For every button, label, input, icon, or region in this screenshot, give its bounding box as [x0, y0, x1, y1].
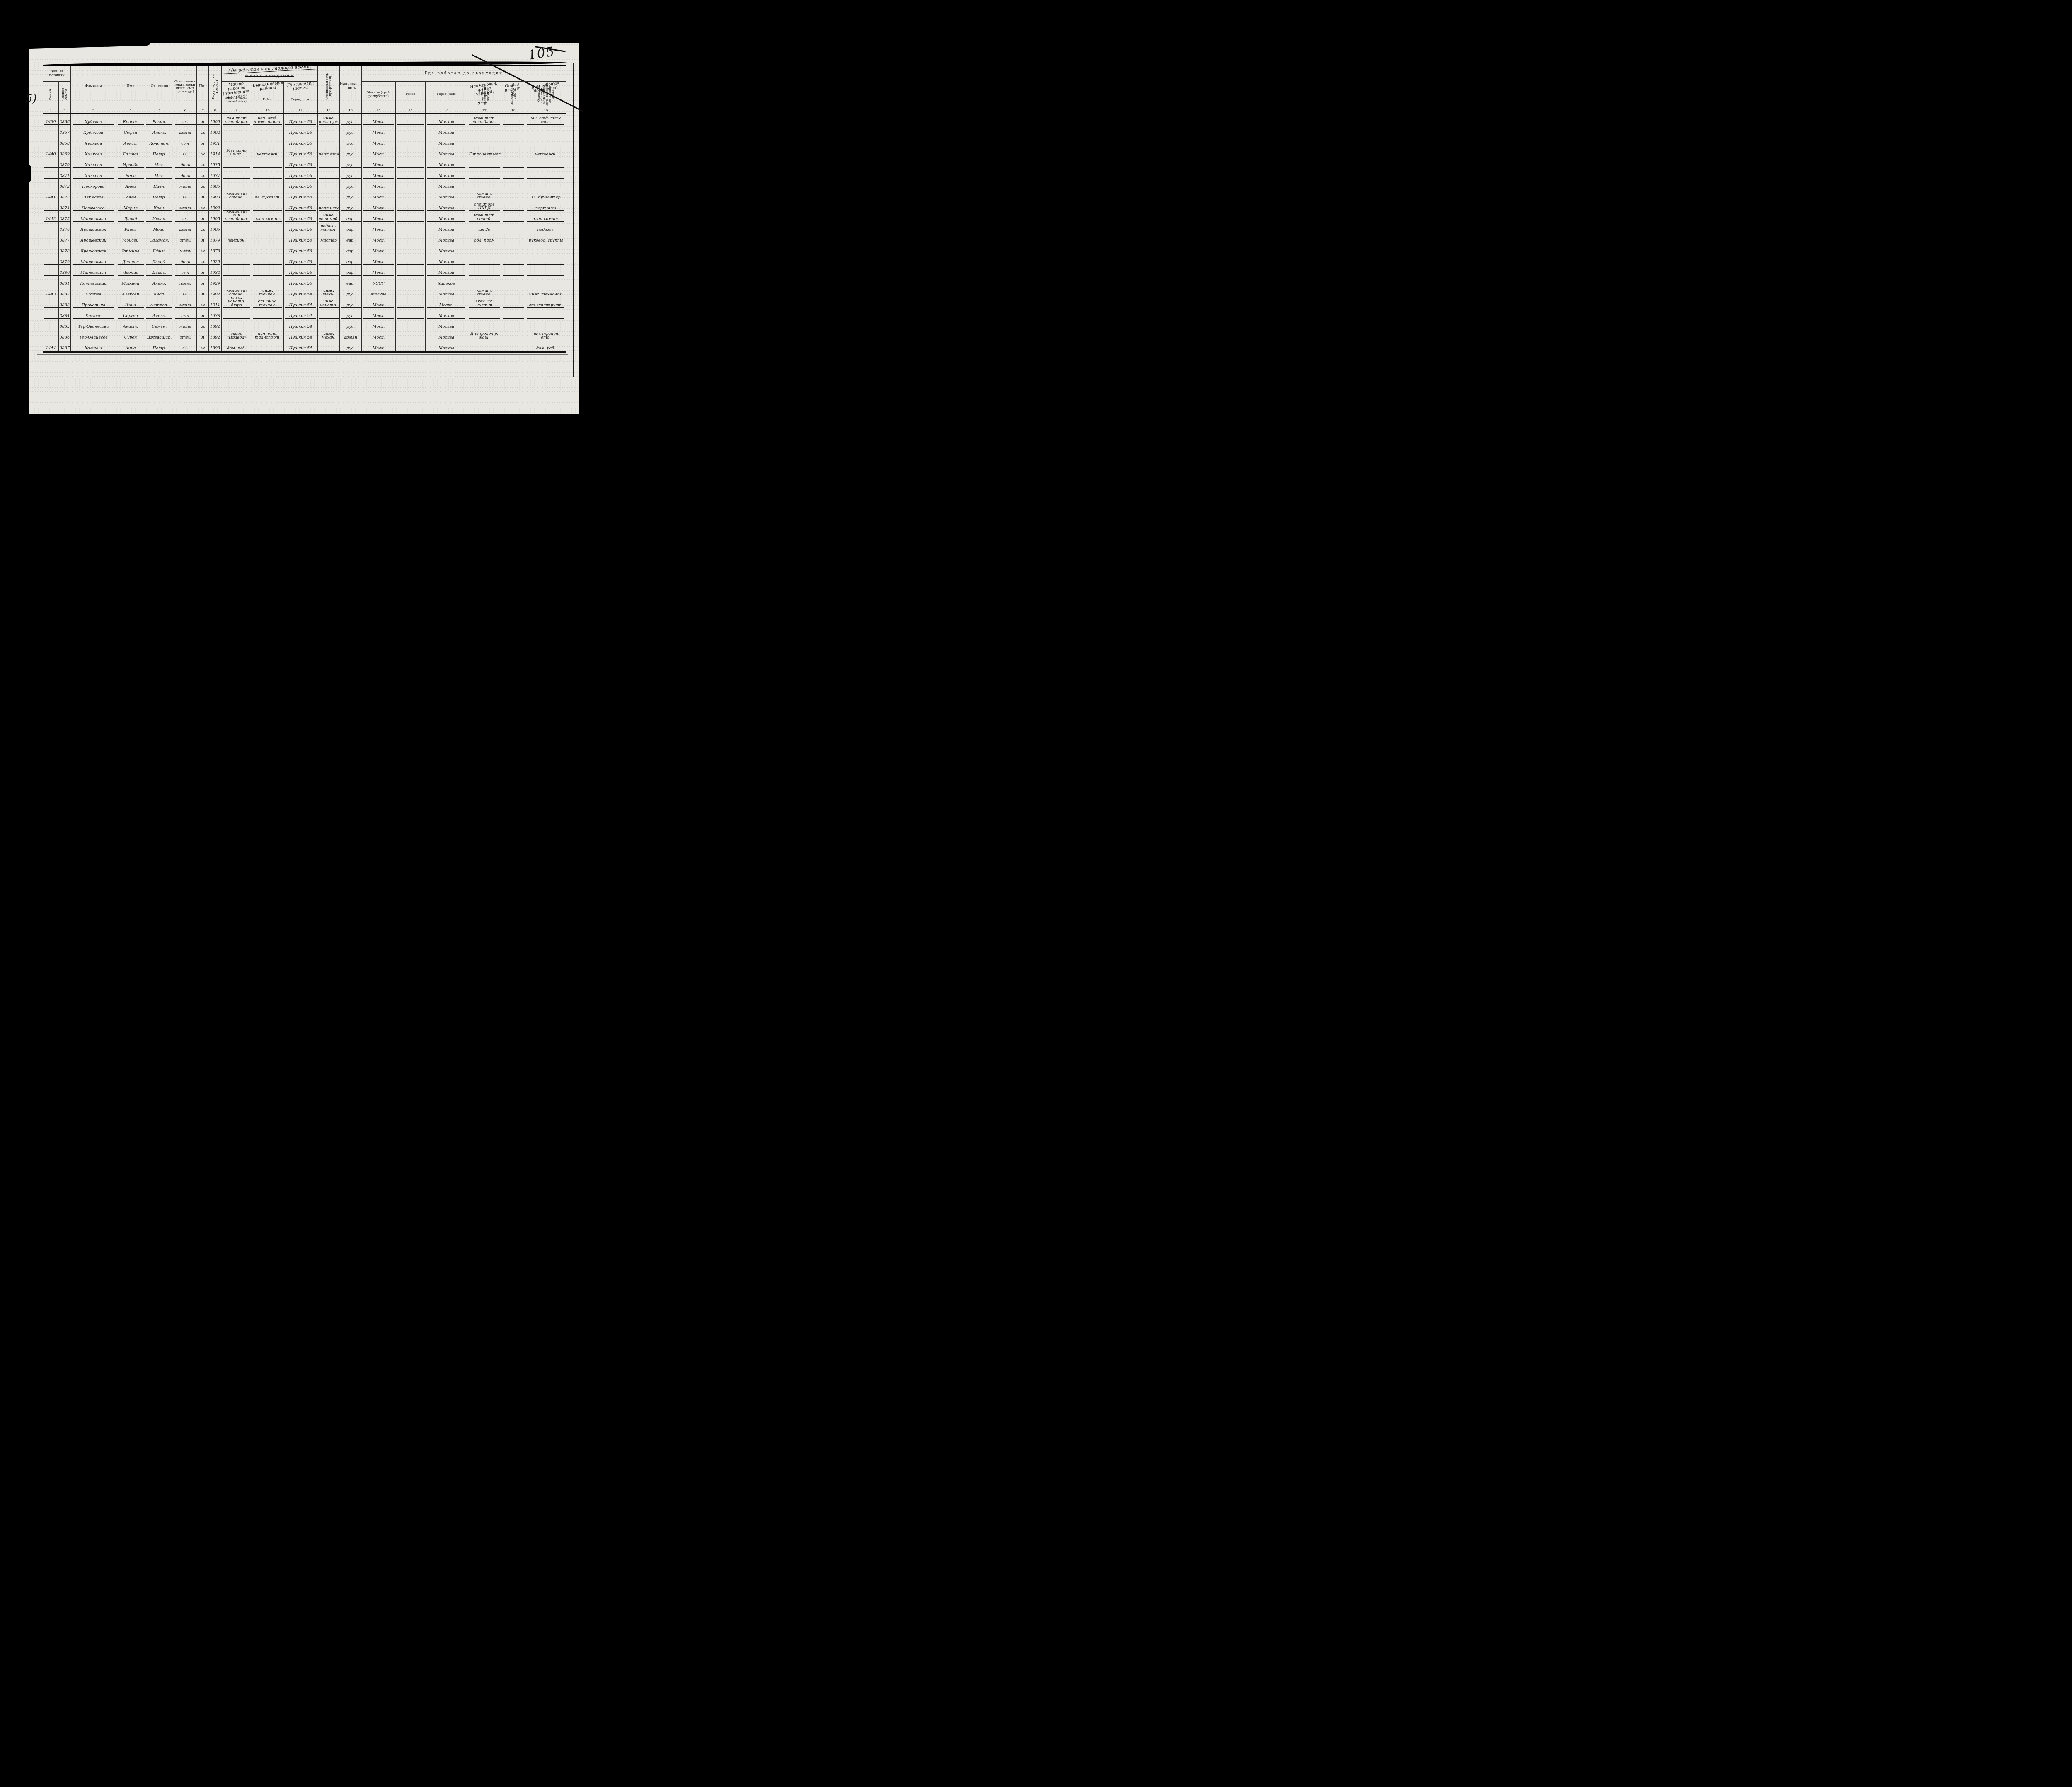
cell-enterprise: шк 26: [467, 222, 501, 233]
entry-enterprise: обл. пром: [469, 239, 500, 243]
cell-city: Москва: [426, 190, 467, 201]
entry-oblast: Моск.: [363, 336, 394, 340]
cell-relation: гл.: [174, 190, 197, 201]
entry-member-no: 3874: [59, 206, 70, 211]
entry-work-now: дом. раб.: [223, 346, 250, 351]
entry-settled-at: Пушкин 54: [285, 346, 316, 351]
entry-family-no: [44, 306, 58, 308]
entry-surname: Худякова: [73, 131, 114, 135]
header-before-evacuation-label: Где работал до эвакуации: [362, 72, 566, 76]
table-row: 14393866ХудяковКонст.Васил.гл.м1909комит…: [43, 114, 566, 126]
cell-given-name: Иван: [116, 190, 145, 201]
table-row: 3879МительманДенитаДавид.дочьж1929Пушкин…: [43, 254, 566, 265]
entry-patronymic: Моис.: [146, 228, 172, 232]
entry-work-now: [223, 263, 250, 265]
entry-surname: Ярошевская: [73, 249, 114, 254]
entry-nationality: рус.: [341, 314, 361, 319]
entry-enterprise: комитет стандарт.: [469, 116, 500, 125]
cell-relation: отец: [174, 330, 197, 341]
header-birthplace-struck: Место рождения: [222, 75, 317, 79]
scanned-page: 105 5) №№ по порядку Фамилия Имя: [0, 0, 613, 447]
cell-duty-now: [252, 308, 283, 319]
entry-birth-year: 1935: [209, 163, 220, 168]
entry-sex: ж: [197, 249, 208, 254]
cell-sex: м: [197, 287, 209, 297]
cell-city: Москва: [426, 233, 467, 244]
entry-raion: [397, 295, 424, 297]
cell-nationality: рус.: [340, 157, 362, 168]
cell-family-no: [43, 136, 59, 147]
entry-surname: Прохорова: [73, 185, 114, 189]
header-col11-printed: Город, село: [284, 98, 317, 101]
cell-oblast: Моск.: [362, 190, 396, 201]
cell-city: Москва: [426, 308, 467, 319]
entry-city: Москва: [427, 152, 465, 157]
entry-settled-at: Пушкин 56: [285, 131, 316, 135]
entry-city: Москва: [427, 293, 465, 297]
cell-oblast: Моск.: [362, 211, 396, 222]
cell-raion: [396, 114, 426, 126]
cell-member-no: 3868: [58, 136, 70, 147]
cell-department: [501, 201, 525, 211]
entry-patronymic: Антроп.: [146, 303, 172, 308]
entry-position: портниха: [527, 206, 564, 211]
entry-work-now: комитет снк стандарт.: [223, 210, 250, 222]
entry-position: [527, 327, 564, 329]
entry-family-no: 1440: [44, 152, 58, 157]
entry-enterprise: [469, 263, 500, 265]
cell-work-now: [221, 222, 252, 233]
cell-nationality: рус.: [340, 319, 362, 330]
cell-city: Москва: [426, 136, 467, 147]
cell-enterprise: комит. станд.: [467, 190, 501, 201]
entry-raion: [397, 284, 424, 286]
header-before-evacuation-group: Где работал до эвакуации: [362, 66, 566, 82]
cell-department: [501, 233, 525, 244]
cell-enterprise: [467, 125, 501, 136]
header-col16: Город, село: [426, 82, 467, 107]
cell-family-no: [43, 330, 59, 341]
entry-member-no: 3866: [59, 120, 70, 125]
entry-sex: м: [197, 217, 208, 222]
cell-raion: [396, 330, 426, 341]
cell-sex: ж: [197, 125, 209, 136]
hw-col18: Отдел. цех и т. д.: [502, 82, 525, 97]
entry-settled-at: Пушкин 54: [285, 325, 316, 329]
cell-birth-year: 1938: [209, 308, 221, 319]
entry-nationality: рус.: [341, 303, 361, 308]
entry-position: [527, 273, 564, 276]
entry-work-now: [223, 187, 250, 189]
entry-patronymic: Мих.: [146, 163, 172, 168]
cell-surname: Хилкова: [70, 157, 116, 168]
cell-birth-year: 1898: [209, 341, 221, 352]
cell-oblast: Моск.: [362, 201, 396, 211]
sheet-edge-line-2: [577, 109, 577, 389]
cell-city: Москва: [426, 157, 467, 168]
cell-duty-now: [252, 136, 283, 147]
entry-duty-now: [253, 327, 282, 329]
header-col18: Отдел. цех и т. д. Выполняемая работа: [501, 82, 525, 107]
column-number: 4: [116, 107, 145, 114]
cell-patronymic: Иван.: [145, 201, 174, 211]
column-number: 6: [174, 107, 197, 114]
cell-birth-year: 1892: [209, 330, 221, 341]
header-col11: Где поселён (адрес) Город, село: [283, 82, 317, 107]
cell-city: Москва: [426, 287, 467, 297]
cell-nationality: евр.: [340, 222, 362, 233]
cell-department: [501, 254, 525, 265]
entry-member-no: 3884: [59, 314, 70, 319]
entry-relation: сын: [175, 271, 196, 276]
cell-raion: [396, 233, 426, 244]
cell-birth-year: 1914: [209, 147, 221, 157]
entry-family-no: 1443: [44, 293, 58, 297]
cell-family-no: 1443: [43, 287, 59, 297]
entry-sex: ж: [197, 325, 208, 329]
cell-work-now: дом. раб.: [221, 341, 252, 352]
cell-city: Москва: [426, 211, 467, 222]
entry-raion: [397, 155, 424, 157]
header-current-work-group: Где работал в настоящее время. Место рож…: [221, 66, 317, 82]
cell-department: [501, 308, 525, 319]
table-row: 3877ЯрошевскийМоисейСаламон.отецм1879пен…: [43, 233, 566, 244]
cell-member-no: 3885: [58, 319, 70, 330]
cell-settled-at: Пушкин 56: [283, 244, 317, 254]
cell-sex: ж: [197, 201, 209, 211]
entry-enterprise: [469, 187, 500, 189]
cell-settled-at: Пушкин 56: [283, 157, 317, 168]
entry-given-name: Этмира: [118, 249, 144, 254]
entry-relation: гл.: [175, 196, 196, 200]
entry-position: инж. технолог.: [527, 293, 564, 297]
cell-enterprise: [467, 276, 501, 287]
cell-family-no: [43, 168, 59, 179]
table-header: №№ по порядку Фамилия Имя Отчество Отнош…: [43, 66, 566, 114]
entry-raion: [397, 198, 424, 200]
entry-oblast: УССР: [363, 282, 394, 286]
cell-birth-year: 1902: [209, 201, 221, 211]
cell-department: [501, 114, 525, 126]
cell-given-name: Моисей: [116, 233, 145, 244]
entry-surname: Кохтев: [73, 293, 114, 297]
cell-specialty: инж. техн.: [317, 287, 339, 297]
entry-city: Москва: [427, 131, 465, 135]
entry-work-now: [223, 273, 250, 276]
cell-patronymic: Джевашир.: [145, 330, 174, 341]
column-number: 16: [426, 107, 467, 114]
entry-nationality: рус.: [341, 131, 361, 135]
cell-birth-year: 1900: [209, 190, 221, 201]
entry-nationality: рус.: [341, 174, 361, 179]
cell-raion: [396, 157, 426, 168]
cell-city: Москв.: [426, 297, 467, 308]
entry-position: руковод. группы: [527, 239, 564, 243]
entry-duty-now: [253, 284, 282, 286]
entry-given-name: Аркад.: [118, 142, 144, 146]
entry-member-no: 3876: [59, 228, 70, 232]
entry-raion: [397, 241, 424, 243]
cell-patronymic: Алекс.: [145, 125, 174, 136]
entry-department: [503, 241, 525, 243]
entry-given-name: Анна: [118, 346, 144, 351]
cell-city: Москва: [426, 330, 467, 341]
cell-family-no: [43, 233, 59, 244]
cell-oblast: Моск.: [362, 319, 396, 330]
entry-settled-at: Пушкин 54: [285, 293, 316, 297]
cell-department: [501, 287, 525, 297]
entry-duty-now: нач. отд. тяж. машин: [253, 116, 282, 125]
hw-current-work-group: Где работал в настоящее время.: [222, 64, 317, 74]
entry-position: ст. конструкт.: [527, 303, 564, 308]
cell-duty-now: инж. технол.: [252, 287, 283, 297]
cell-position: дом. раб.: [525, 341, 566, 352]
cell-specialty: мастер: [317, 233, 339, 244]
entry-family-no: [44, 177, 58, 179]
cell-duty-now: [252, 254, 283, 265]
entry-patronymic: Ефим.: [146, 249, 172, 254]
entry-city: Москва: [427, 142, 465, 146]
entry-given-name: Инна: [118, 303, 144, 308]
entry-enterprise: [469, 252, 500, 254]
entry-department: [503, 252, 525, 254]
entry-specialty: инж. техн.: [319, 289, 339, 297]
cell-surname: Мительман: [70, 265, 116, 276]
cell-city: Москва: [426, 341, 467, 352]
entry-family-no: 1442: [44, 217, 58, 222]
entry-oblast: Моск.: [363, 120, 394, 125]
entry-patronymic: Васил.: [146, 120, 172, 125]
cell-raion: [396, 254, 426, 265]
entry-enterprise: [469, 317, 500, 319]
cell-family-no: [43, 308, 59, 319]
cell-surname: Хилкова: [70, 168, 116, 179]
entry-oblast: Моск.: [363, 206, 394, 211]
entry-surname: Худяков: [73, 142, 114, 146]
cell-member-no: 3878: [58, 244, 70, 254]
entry-duty-now: ст. инж. технол.: [253, 300, 282, 308]
entry-surname: Холкина: [73, 346, 114, 351]
entry-oblast: Моск.: [363, 239, 394, 243]
cell-department: [501, 211, 525, 222]
entry-family-no: 1441: [44, 196, 58, 200]
entry-relation: мать: [175, 325, 196, 329]
table-row: 3870ХилковаИраидаМих.дочьж1935Пушкин 56р…: [43, 157, 566, 168]
cell-relation: дочь: [174, 157, 197, 168]
cell-nationality: евр.: [340, 276, 362, 287]
cell-patronymic: Давид.: [145, 254, 174, 265]
entry-member-no: 3877: [59, 239, 70, 243]
cell-member-no: 3869: [58, 147, 70, 157]
entry-relation: отец: [175, 336, 196, 340]
entry-sex: м: [197, 120, 208, 125]
cell-member-no: 3884: [58, 308, 70, 319]
cell-oblast: Моск.: [362, 341, 396, 352]
entry-specialty: мастер: [319, 239, 339, 243]
entry-relation: гл.: [175, 217, 196, 222]
cell-duty-now: [252, 125, 283, 136]
entry-raion: [397, 273, 424, 276]
cell-patronymic: Мих.: [145, 168, 174, 179]
entry-patronymic: Саламон.: [146, 239, 172, 243]
cell-sex: ж: [197, 147, 209, 157]
entry-city: Москва: [427, 206, 465, 211]
cell-patronymic: Ефим.: [145, 244, 174, 254]
cell-family-no: [43, 179, 59, 190]
cell-relation: жена: [174, 201, 197, 211]
cell-raion: [396, 276, 426, 287]
entry-patronymic: Алеко.: [146, 282, 172, 286]
cell-work-now: [221, 244, 252, 254]
entry-specialty: инж. инструм.: [319, 116, 339, 125]
cell-given-name: Леонид: [116, 265, 145, 276]
entry-city: Москва: [427, 249, 465, 254]
entry-work-now: [223, 230, 250, 232]
cell-given-name: Мария: [116, 201, 145, 211]
cell-patronymic: Алеко.: [145, 276, 174, 287]
entry-given-name: Морант: [118, 282, 144, 286]
cell-department: [501, 190, 525, 201]
header-order-group: №№ по порядку: [43, 66, 71, 82]
entry-nationality: рус.: [341, 346, 361, 351]
entry-birth-year: 1902: [209, 131, 220, 135]
cell-family-no: [43, 319, 59, 330]
entry-city: Москва: [427, 325, 465, 329]
entry-birth-year: 1878: [209, 249, 220, 254]
cell-specialty: [317, 157, 339, 168]
entry-relation: гл.: [175, 152, 196, 157]
entry-position: нач. трансп. отд.: [527, 332, 564, 340]
cell-position: [525, 136, 566, 147]
entry-raion: [397, 338, 424, 340]
hw-col17: Наименован. предпр. учрежд.: [468, 81, 501, 97]
cell-raion: [396, 265, 426, 276]
entry-member-no: 3879: [59, 260, 70, 265]
cell-patronymic: Алекс.: [145, 308, 174, 319]
cell-enterprise: комитет станд.: [467, 211, 501, 222]
entry-given-name: Сергей: [118, 314, 144, 319]
cell-city: Москва: [426, 319, 467, 330]
entry-work-now: [223, 144, 250, 146]
entry-nationality: евр.: [341, 217, 361, 222]
cell-enterprise: спецторг НКВД: [467, 201, 501, 211]
header-col10: Выполняемая работа Район: [252, 82, 283, 107]
entry-surname: Хилкова: [73, 163, 114, 168]
header-order-group-label: №№ по порядку: [43, 70, 70, 77]
cell-nationality: рус.: [340, 125, 362, 136]
cell-specialty: [317, 190, 339, 201]
entry-birth-year: 1937: [209, 174, 220, 179]
cell-oblast: Моск.: [362, 233, 396, 244]
entry-settled-at: Пушкин 56: [285, 163, 316, 168]
cell-birth-year: 1902: [209, 287, 221, 297]
entry-nationality: рус.: [341, 293, 361, 297]
header-col17: Наименован. предпр. учрежд. Место работы…: [467, 82, 501, 107]
cell-position: [525, 265, 566, 276]
cell-duty-now: [252, 319, 283, 330]
entry-oblast: Моск.: [363, 249, 394, 254]
column-number: 1: [43, 107, 59, 114]
entry-position: чертежн.: [527, 152, 564, 157]
cell-sex: м: [197, 136, 209, 147]
entry-department: [503, 349, 525, 351]
entry-oblast: Моск.: [363, 142, 394, 146]
entry-city: Москва: [427, 120, 465, 125]
cell-birth-year: 1929: [209, 276, 221, 287]
header-patronymic: Отчество: [145, 66, 174, 107]
cell-family-no: [43, 254, 59, 265]
cell-given-name: Давид: [116, 211, 145, 222]
entry-member-no: 3887: [59, 346, 70, 351]
entry-enterprise: [469, 327, 500, 329]
cell-sex: ж: [197, 168, 209, 179]
entry-enterprise: [469, 166, 500, 168]
cell-city: Москва: [426, 114, 467, 126]
cell-specialty: портниха: [317, 201, 339, 211]
header-birth-year: Год рождения (возраст): [209, 66, 221, 107]
entry-nationality: рус.: [341, 185, 361, 189]
cell-raion: [396, 222, 426, 233]
entry-relation: плем.: [175, 282, 196, 286]
entry-settled-at: Пушкин 56: [285, 249, 316, 254]
cell-patronymic: Констан.: [145, 136, 174, 147]
entry-city: Москва: [427, 217, 465, 222]
cell-city: Москва: [426, 265, 467, 276]
entry-city: Москв.: [427, 303, 465, 308]
column-number: 13: [340, 107, 362, 114]
entry-relation: мать: [175, 249, 196, 254]
table-row: 14423875МительманДавидИсаак.гл.м1905коми…: [43, 211, 566, 222]
cell-enterprise: [467, 179, 501, 190]
entry-birth-year: 1879: [209, 239, 220, 243]
cell-surname: Чекмазова: [70, 201, 116, 211]
entry-birth-year: 1934: [209, 271, 220, 276]
cell-oblast: Моск.: [362, 330, 396, 341]
paper-sheet: 105 5) №№ по порядку Фамилия Имя: [29, 43, 579, 414]
entry-duty-now: [253, 263, 282, 265]
table-row: 14443887ХолкинаАннаПетр.гл.ж1898дом. раб…: [43, 341, 566, 352]
cell-sex: м: [197, 233, 209, 244]
cell-enterprise: [467, 136, 501, 147]
entry-given-name: Мария: [118, 206, 144, 211]
entry-settled-at: Пушкин 56: [285, 217, 316, 222]
table-row: 3885Тер-ОванесоваАнаст.Семен.матьж1892Пу…: [43, 319, 566, 330]
cell-member-no: 3881: [58, 276, 70, 287]
entry-raion: [397, 166, 424, 168]
entry-settled-at: Пушкин 56: [285, 120, 316, 125]
entry-oblast: Моск.: [363, 174, 394, 179]
entry-family-no: [44, 252, 58, 254]
column-number: 18: [501, 107, 525, 114]
entry-enterprise: [469, 273, 500, 276]
column-number: 15: [396, 107, 426, 114]
cell-oblast: Моск.: [362, 114, 396, 126]
cell-relation: мать: [174, 319, 197, 330]
entry-duty-now: [253, 349, 282, 351]
entry-enterprise: [469, 133, 500, 135]
entry-oblast: Моск.: [363, 163, 394, 168]
entry-family-no: 1444: [44, 346, 58, 351]
entry-department: [503, 123, 525, 125]
cell-birth-year: 1878: [209, 244, 221, 254]
entry-surname: Хилкова: [73, 174, 114, 179]
cell-oblast: Моск.: [362, 308, 396, 319]
cell-nationality: рус.: [340, 341, 362, 352]
cell-duty-now: [252, 201, 283, 211]
entry-specialty: [319, 198, 339, 200]
cell-duty-now: [252, 222, 283, 233]
entry-patronymic: Иван.: [146, 206, 172, 211]
